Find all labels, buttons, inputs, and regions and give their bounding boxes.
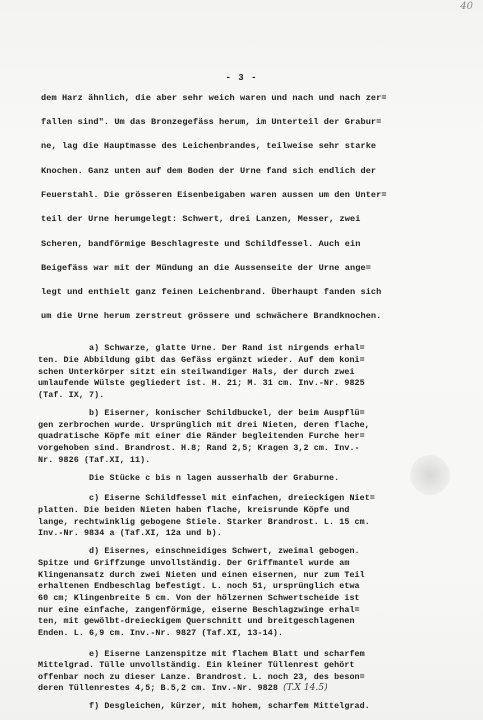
text-line-content: deren Tüllenrestes 4,5; B.5,2 cm. Inv.-N…: [38, 683, 278, 693]
text-line: 60 cm; Klingenbreite 5 cm. Von der hölze…: [38, 593, 360, 603]
text-line: d) Eisernes, einschneidiges Schwert, zwe…: [38, 546, 360, 556]
text-line: Beigefäss war mit der Mündung an die Aus…: [41, 263, 371, 273]
text-line: Mittelgrad. Tülle unvollständig. Ein kle…: [38, 660, 355, 670]
text-line: b) Eiserner, konischer Schildbuckel, der…: [38, 408, 365, 418]
text-line: quadratische Köpfe mit einer die Ränder …: [38, 431, 365, 441]
text-line: Spitze und Griffzunge unvollständig. Der…: [38, 558, 349, 568]
text-line: Nr. 9826 (Taf.XI, 11).: [38, 455, 150, 465]
text-line: um die Urne herum zerstreut grössere und…: [41, 311, 381, 321]
text-line: Klingenansatz durch zwei Nieten und eine…: [38, 570, 365, 580]
text-line: ne, lag die Hauptmasse des Leichenbrande…: [41, 141, 376, 151]
text-line: erhaltenen Endbeschlag befestigt. L. noc…: [38, 581, 360, 591]
text-line: gen zerbrochen wurde. Ursprünglich mit d…: [38, 420, 370, 430]
text-line: Die Stücke c bis n lagen ausserhalb der …: [38, 473, 339, 483]
paper-stain: [410, 455, 450, 495]
text-line: vorgehoben sind. Brandrost. H.8; Rand 2,…: [38, 443, 360, 453]
text-line: ten, mit gewölbt-dreieckigem Querschnitt…: [38, 616, 355, 626]
text-line: dem Harz ähnlich, die aber sehr weich wa…: [41, 93, 387, 103]
text-line: Enden. L. 6,9 cm. Inv.-Nr. 9827 (Taf.XI,…: [38, 628, 283, 638]
text-line: Inv.-Nr. 9834 a (Taf.XI, 12a und b).: [38, 528, 222, 538]
page-number: - 3 -: [0, 73, 483, 83]
text-line: lange, rechtwinklig gebogene Stiele. Sta…: [38, 517, 370, 527]
text-line: e) Eiserne Lanzenspitze mit flachem Blat…: [38, 649, 365, 659]
text-line: Feuerstahl. Die grösseren Eisenbeigaben …: [41, 190, 387, 200]
document-page: 40 - 3 - dem Harz ähnlich, die aber sehr…: [0, 0, 483, 720]
text-line: deren Tüllenrestes 4,5; B.5,2 cm. Inv.-N…: [38, 683, 328, 693]
text-line: ten. Die Abbildung gibt das Gefäss ergän…: [38, 355, 365, 365]
text-line: c) Eiserne Schildfessel mit einfachen, d…: [38, 493, 375, 503]
text-line: offenbar noch zu dieser Lanze. Brandrost…: [38, 672, 365, 682]
text-line: teil der Urne herumgelegt: Schwert, drei…: [41, 214, 360, 224]
text-line: nur eine einfache, zangenförmige, eisern…: [38, 605, 360, 615]
text-line: fallen sind". Um das Bronzegefäss herum,…: [41, 117, 381, 127]
text-line: umlaufende Wülste gegliedert ist. H. 21;…: [38, 378, 365, 388]
text-line: platten. Die beiden Nieten haben flache,…: [38, 505, 349, 515]
text-line: f) Desgleichen, kürzer, mit hohem, schar…: [38, 701, 370, 711]
folio-number: 40: [460, 1, 473, 12]
text-line: schen Unterkörper sitzt ein steilwandige…: [38, 367, 355, 377]
text-line: a) Schwarze, glatte Urne. Der Rand ist n…: [38, 343, 365, 353]
text-line: Knochen. Ganz unten auf dem Boden der Ur…: [41, 166, 376, 176]
text-line: Scheren, bandförmige Beschlagreste und S…: [41, 239, 360, 249]
handwritten-annotation: (T.X 14.5): [283, 683, 328, 693]
text-line: legt und enthielt ganz feinen Leichenbra…: [41, 287, 381, 297]
text-line: (Taf. IX, 7).: [38, 390, 104, 400]
